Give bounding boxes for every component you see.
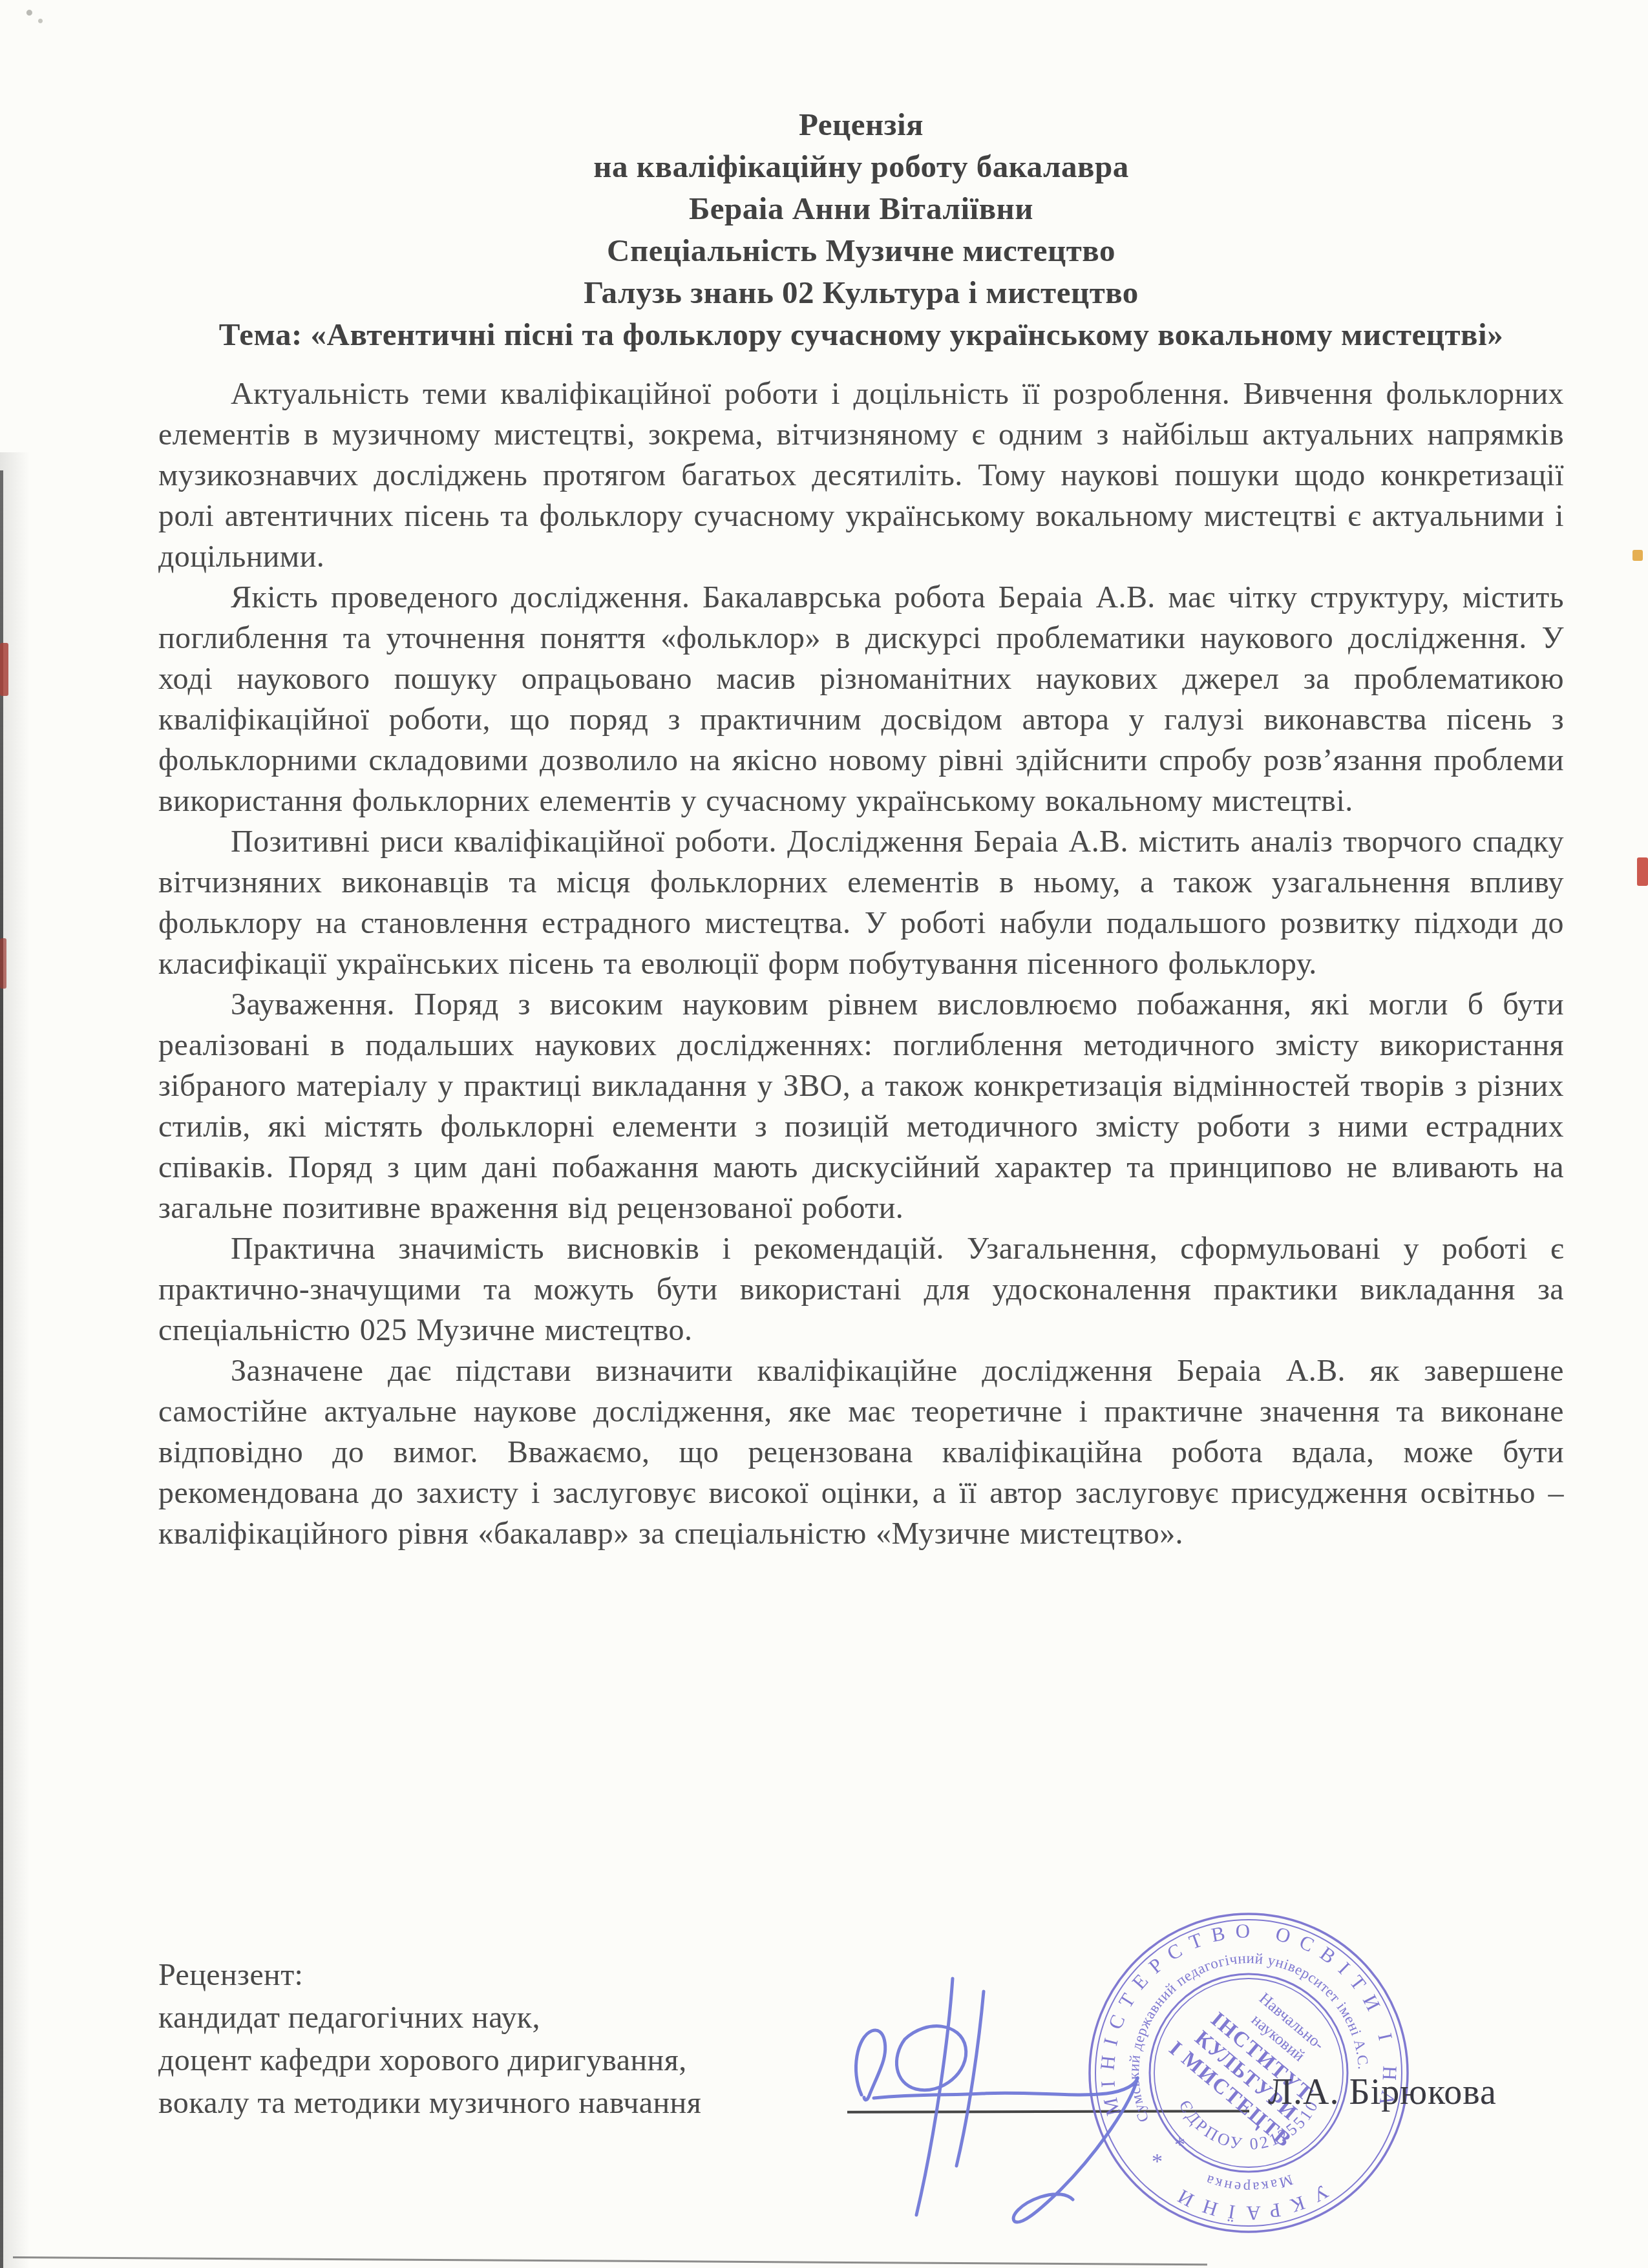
paragraph-quality: Якість проведеного дослідження. Бакалавр… — [158, 577, 1564, 821]
paragraph-conclusion: Зазначене дає підстави визначити кваліфі… — [158, 1350, 1564, 1554]
reviewer-line-1: кандидат педагогічних наук, — [158, 1997, 701, 2039]
handwritten-signature — [801, 1951, 1254, 2249]
reviewer-line-3: вокалу та методики музичного навчання — [158, 2082, 701, 2125]
title-line-5: Галузь знань 02 Культура і мистецтво — [158, 271, 1564, 313]
paragraph-positives: Позитивні риси кваліфікаційної роботи. Д… — [158, 821, 1564, 984]
scan-speck — [1632, 550, 1643, 561]
paragraph-relevance: Актуальність теми кваліфікаційної роботи… — [158, 373, 1564, 577]
reviewer-name: Л.А. Бірюкова — [1268, 2072, 1497, 2113]
title-line-theme: Тема: «Автентичні пісні та фольклору суч… — [158, 313, 1564, 355]
title-line-2: на кваліфікаційну роботу бакалавра — [158, 145, 1564, 187]
scan-bottom-line — [13, 2256, 1207, 2265]
reviewer-block: Рецензент: кандидат педагогічних наук, д… — [158, 1954, 701, 2125]
reviewer-line-2: доцент кафедри хорового диригування, — [158, 2039, 701, 2082]
paragraph-practical: Практична значимість висновків і рекомен… — [158, 1228, 1564, 1350]
paragraph-remarks: Зауваження. Поряд з високим науковим рів… — [158, 984, 1564, 1228]
title-line-4: Спеціальність Музичне мистецтво — [158, 229, 1564, 271]
signature-strokes — [856, 1979, 1137, 2222]
scan-speck — [22, 6, 47, 27]
scanned-review-page: Рецензія на кваліфікаційну роботу бакала… — [0, 0, 1648, 2268]
title-block: Рецензія на кваліфікаційну роботу бакала… — [158, 103, 1564, 355]
title-line-1: Рецензія — [158, 103, 1564, 145]
scan-speck — [0, 643, 8, 696]
reviewer-label: Рецензент: — [158, 1954, 701, 1997]
scan-speck — [0, 938, 6, 989]
document-body: Рецензія на кваліфікаційну роботу бакала… — [158, 103, 1564, 1554]
body-paragraphs: Актуальність теми кваліфікаційної роботи… — [158, 373, 1564, 1554]
scan-speck — [1637, 857, 1648, 886]
scan-edge-shadow — [0, 452, 30, 2268]
title-line-3: Бераіа Анни Віталіївни — [158, 187, 1564, 229]
scan-edge-line — [0, 470, 3, 2268]
